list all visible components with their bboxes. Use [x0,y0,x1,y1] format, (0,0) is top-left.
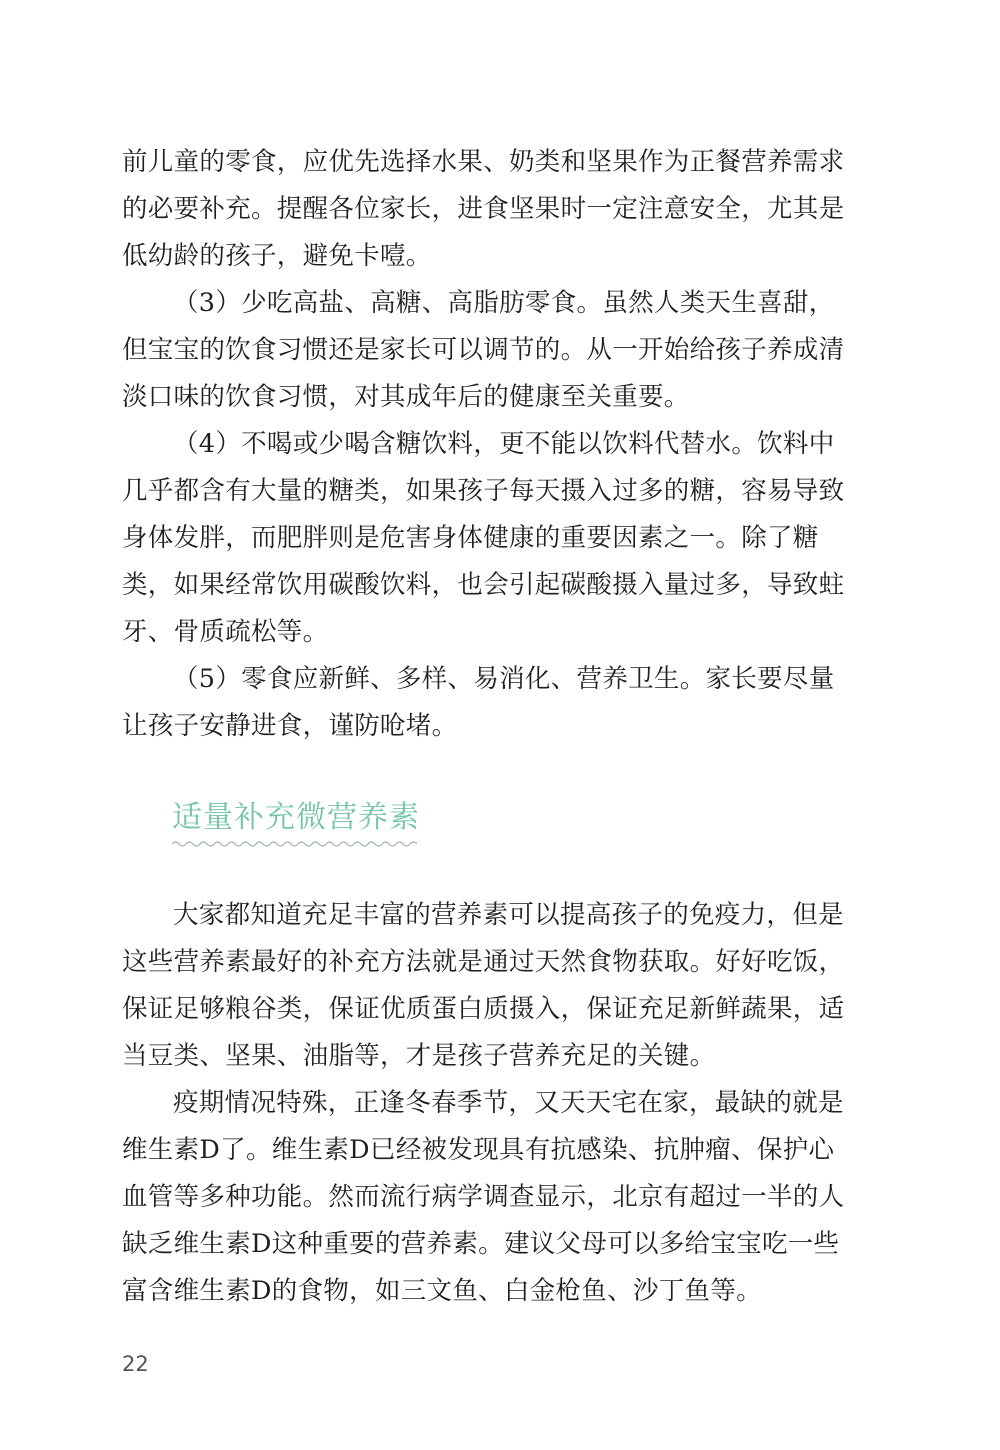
text-line: 几乎都含有大量的糖类，如果孩子每天摄入过多的糖，容易导致 [122,468,852,515]
text-line: （4）不喝或少喝含糖饮料，更不能以饮料代替水。饮料中 [122,421,852,468]
text-line: 这些营养素最好的补充方法就是通过天然食物获取。好好吃饭， [122,939,852,986]
text-line: 富含维生素D的食物，如三文鱼、白金枪鱼、沙丁鱼等。 [122,1268,852,1315]
text-line: 疫期情况特殊，正逢冬春季节，又天天宅在家，最缺的就是 [122,1080,852,1127]
text-line: 当豆类、坚果、油脂等，才是孩子营养充足的关键。 [122,1033,852,1080]
section-heading: 适量补充微营养素 [172,798,420,838]
text-line: 但宝宝的饮食习惯还是家长可以调节的。从一开始给孩子养成清 [122,327,852,374]
list-item-4: （4）不喝或少喝含糖饮料，更不能以饮料代替水。饮料中 几乎都含有大量的糖类，如果… [122,421,852,656]
text-line: 缺乏维生素D这种重要的营养素。建议父母可以多给宝宝吃一些 [122,1221,852,1268]
text-line: 牙、骨质疏松等。 [122,609,852,656]
text-line: 淡口味的饮食习惯，对其成年后的健康至关重要。 [122,374,852,421]
text-line: 低幼龄的孩子，避免卡噎。 [122,233,852,280]
body-text-section-2: 大家都知道充足丰富的营养素可以提高孩子的免疫力，但是 这些营养素最好的补充方法就… [122,892,852,1315]
text-line: 保证足够粮谷类，保证优质蛋白质摄入，保证充足新鲜蔬果，适 [122,986,852,1033]
wavy-underline-decoration [172,838,417,850]
paragraph: 疫期情况特殊，正逢冬春季节，又天天宅在家，最缺的就是 维生素D了。维生素D已经被… [122,1080,852,1315]
list-item-5: （5）零食应新鲜、多样、易消化、营养卫生。家长要尽量 让孩子安静进食，谨防呛堵。 [122,656,852,750]
page-number: 22 [122,1352,149,1376]
text-line: 维生素D了。维生素D已经被发现具有抗感染、抗肿瘤、保护心 [122,1127,852,1174]
text-line: 的必要补充。提醒各位家长，进食坚果时一定注意安全，尤其是 [122,186,852,233]
text-line: 大家都知道充足丰富的营养素可以提高孩子的免疫力，但是 [122,892,852,939]
text-line: （5）零食应新鲜、多样、易消化、营养卫生。家长要尽量 [122,656,852,703]
text-line: 类，如果经常饮用碳酸饮料，也会引起碳酸摄入量过多，导致蛀 [122,562,852,609]
paragraph: 大家都知道充足丰富的营养素可以提高孩子的免疫力，但是 这些营养素最好的补充方法就… [122,892,852,1080]
text-line: 让孩子安静进食，谨防呛堵。 [122,703,852,750]
text-line: 前儿童的零食，应优先选择水果、奶类和坚果作为正餐营养需求 [122,139,852,186]
list-item-3: （3）少吃高盐、高糖、高脂肪零食。虽然人类天生喜甜， 但宝宝的饮食习惯还是家长可… [122,280,852,421]
text-line: （3）少吃高盐、高糖、高脂肪零食。虽然人类天生喜甜， [122,280,852,327]
text-line: 身体发胖，而肥胖则是危害身体健康的重要因素之一。除了糖 [122,515,852,562]
body-text-section-1: 前儿童的零食，应优先选择水果、奶类和坚果作为正餐营养需求 的必要补充。提醒各位家… [122,139,852,750]
document-page: 前儿童的零食，应优先选择水果、奶类和坚果作为正餐营养需求 的必要补充。提醒各位家… [0,0,1000,1450]
text-line: 血管等多种功能。然而流行病学调查显示，北京有超过一半的人 [122,1174,852,1221]
continuation-paragraph: 前儿童的零食，应优先选择水果、奶类和坚果作为正餐营养需求 的必要补充。提醒各位家… [122,139,852,280]
